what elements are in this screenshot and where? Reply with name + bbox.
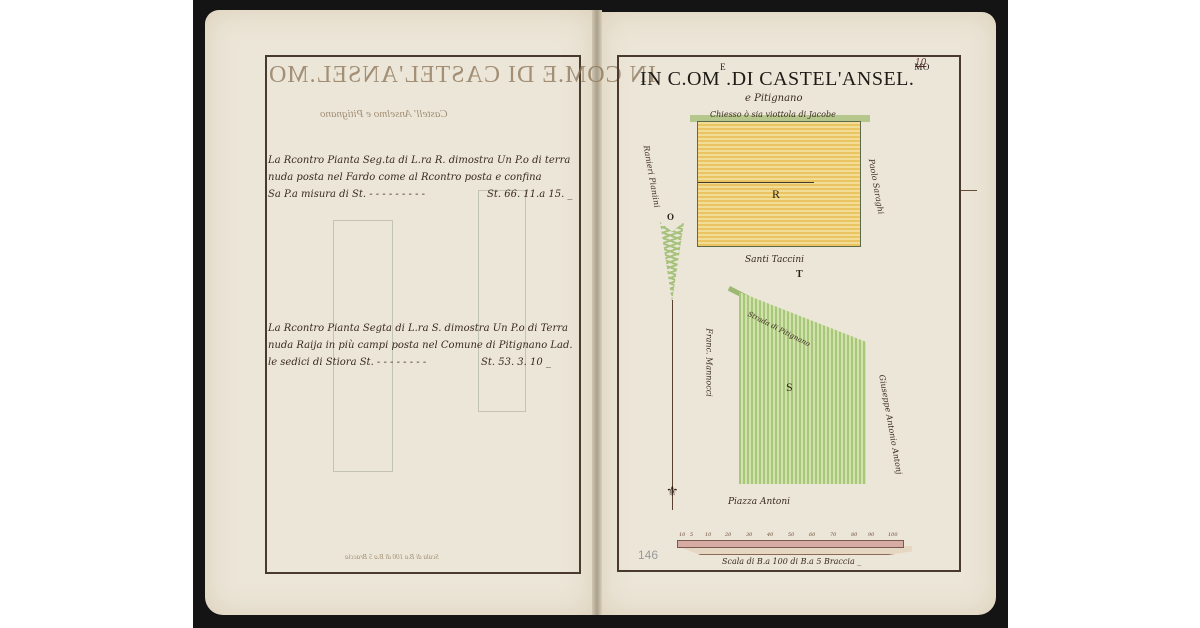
scale-tick: 30 (746, 532, 752, 538)
entry-s-line-2: nuda Raija in più campi posta nel Comune… (268, 340, 573, 351)
entry-s-measure: St. 53. 3. 10 _ (481, 357, 551, 368)
mirrored-subtitle: Castell' Anselmo e Pitignano (320, 108, 448, 120)
plot-r-south-label: Santi Taccini (745, 255, 804, 265)
left-page-frame (265, 55, 581, 574)
mirrored-scale-caption: Scala di B.a 100 di B.a 5 Braccia (345, 553, 439, 561)
plot-s-west-label: Franc. Mannocci (705, 328, 714, 396)
book-gutter (592, 10, 602, 615)
title-part-1: IN C.OM (640, 68, 720, 90)
ghost-plot-s (478, 190, 526, 412)
pencil-folio-number: 146 (638, 548, 658, 562)
plot-r-divider (698, 182, 814, 183)
mirrored-title: IN COM.E DI CASTEL'ANSEL.MO (268, 62, 656, 89)
plot-s-marker: T (796, 269, 803, 280)
entry-s-line-3: le sedici di Stiora St. - - - - - - - - (268, 357, 426, 368)
scale-tick: 70 (830, 532, 836, 538)
scale-tick: 50 (788, 532, 794, 538)
plot-r (697, 121, 861, 247)
page-subtitle: e Pitignano (745, 93, 803, 104)
entry-r-line-3: Sa P.a misura di St. - - - - - - - - - (268, 189, 425, 200)
entry-r-line-1: La Rcontro Pianta Seg.ta di L.ra R. dimo… (268, 155, 570, 166)
scale-tick: 10 (705, 532, 711, 538)
margin-mark (961, 190, 977, 191)
entry-r-measure: St. 66. 11.a 15. _ (487, 189, 572, 200)
scale-tick: 100 (888, 532, 898, 538)
scale-tick: 20 (725, 532, 731, 538)
fleur-de-lis-icon: ⚜ (666, 484, 679, 501)
title-sup-mo: MO (914, 62, 930, 72)
scale-tick: 90 (868, 532, 874, 538)
title-part-2: .DI CASTEL'ANSEL. (726, 68, 914, 90)
scale-caption: Scala di B.a 100 di B.a 5 Braccia _ (722, 557, 861, 566)
page-title: IN C.OME.DI CASTEL'ANSEL.MO (640, 68, 930, 91)
entry-r-line-2: nuda posta nel Fardo come al Rcontro pos… (268, 172, 542, 183)
scale-tick: 10 (679, 532, 685, 538)
compass-north-letter: O (667, 212, 674, 222)
plot-s-south-label: Piazza Antoni (728, 497, 790, 507)
north-arrow-shaft (672, 300, 673, 510)
scale-tick: 60 (809, 532, 815, 538)
scale-tick: 5 (690, 532, 693, 538)
scale-tick: 80 (851, 532, 857, 538)
scale-tick: 40 (767, 532, 773, 538)
entry-s-line-1: La Rcontro Pianta Segta di L.ra S. dimos… (268, 323, 568, 334)
plot-r-letter: R (772, 187, 780, 202)
plot-s-letter: S (786, 380, 793, 395)
plot-r-north-label: Chiesso ò sia viottola di Jacobe (710, 110, 836, 119)
title-sup-e: E (720, 62, 726, 72)
scale-bar-body (677, 540, 904, 548)
